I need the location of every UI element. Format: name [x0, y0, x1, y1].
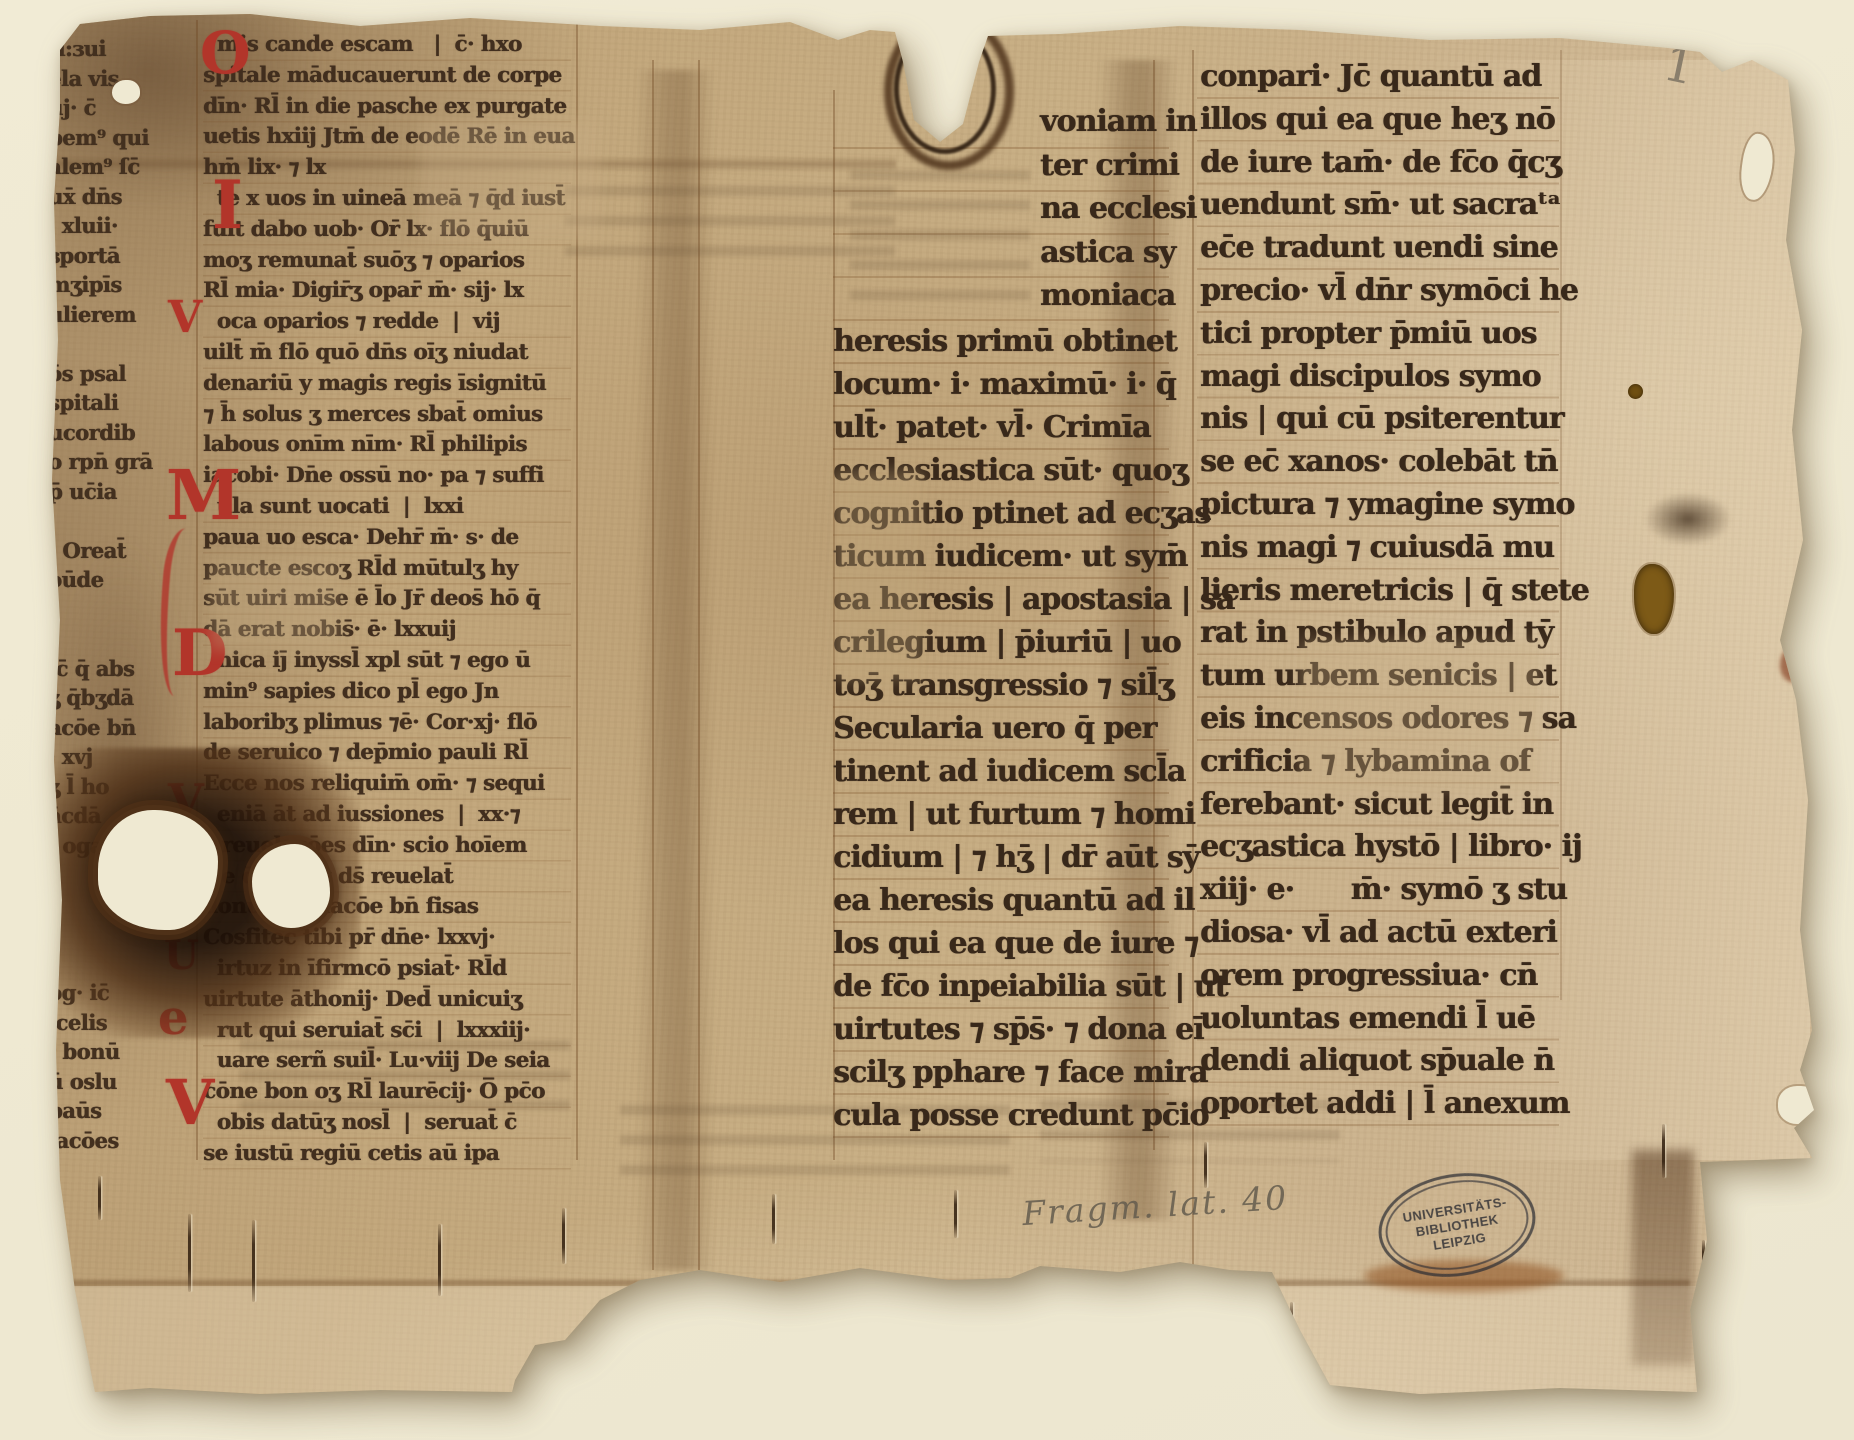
manuscript-text-line: Ji:ɜui: [48, 34, 153, 64]
stain-right-edge: [1780, 648, 1804, 682]
manuscript-text-line: labous onīm nīm· Rl̄ philipis: [203, 430, 575, 461]
manuscript-text-line: nis magi ⁊ cuiusdā mu: [1200, 527, 1589, 570]
manuscript-text-line: cōne bon oʒ Rl̄ laurēcij· O̅ pc̄o: [203, 1077, 575, 1108]
manuscript-text-line: se iustū regiū cetis aū ipa: [203, 1139, 575, 1170]
manuscript-text-line: · xvj: [48, 742, 153, 772]
manuscript-text-line: heresis primū obtinet: [833, 320, 1234, 363]
manuscript-text-line: uirtutes ⁊ sp̄s̄· ⁊ dona eī: [833, 1008, 1234, 1051]
manuscript-text-line: lacōes: [48, 1126, 153, 1156]
manuscript-column-middle-intro: voniam inter crimina ecclesiastica symon…: [1040, 100, 1196, 318]
stain-bottom-right-flap: [1632, 1150, 1694, 1365]
manuscript-text-line: mis cande escam | c̄· hxo: [203, 30, 575, 61]
library-stamp: UNIVERSITÄTS- BIBLIOTHEK LEIPZIG: [1371, 1162, 1543, 1287]
manuscript-text-line: tinent ad iudicem scl̄a: [833, 750, 1234, 793]
manuscript-text-line: i bonū: [48, 1037, 153, 1067]
rubric-initial: V: [166, 1072, 214, 1134]
manuscript-text-line: eniā āt ad iussiones | xx·⁊: [203, 800, 575, 831]
manuscript-text-line: nis | qui cū psiterentur: [1200, 398, 1589, 441]
manuscript-text-line: mʒipīs: [48, 270, 153, 300]
manuscript-text-line: baūs: [48, 1096, 153, 1126]
manuscript-text-line: oca oparios ⁊ redde | vij: [203, 307, 575, 338]
manuscript-text-line: ec̄e tradunt uendi sine: [1200, 227, 1589, 270]
manuscript-text-line: moniaca: [1040, 274, 1196, 318]
manuscript-text-line: spitale māducauerunt de corpe: [203, 61, 575, 92]
edge-nick: [1778, 1086, 1820, 1124]
manuscript-text-line: ʒ reuelacōes dīn· scio hoīem: [203, 831, 575, 862]
pencil-shelfmark: Fragm. lat. 40: [1021, 1178, 1289, 1233]
manuscript-text-line: uirtute āthonij· Ded̄ unicuiʒ: [203, 985, 575, 1016]
manuscript-text-line: icelis: [48, 1008, 153, 1038]
manuscript-text-line: ʒ l̄ ho: [48, 772, 153, 802]
manuscript-text-line: ū oslu: [48, 1067, 153, 1097]
tear-slit: [954, 1190, 957, 1238]
manuscript-text-line: min⁹ sapies dico pl̄ ego Jn: [203, 677, 575, 708]
manuscript-text-line: iacobi· Dn̄e ossū no· pa ⁊ suffi: [203, 461, 575, 492]
faded-ink-patch: [210, 560, 340, 650]
manuscript-text-line: rut qui seruiat̄ sc̄i | lxxxiij·: [203, 1016, 575, 1047]
manuscript-text-line: laboribʒ plimus ⁊ē· Cor·xj· flō: [203, 708, 575, 739]
manuscript-text-line: na ecclesi: [1040, 187, 1196, 231]
manuscript-text-line: alem⁹ ſc̄: [48, 152, 153, 182]
manuscript-text-line: locum· i· maximū· i· q̄: [833, 363, 1234, 406]
manuscript-text-line: ʒ q̄bʒdā: [48, 683, 153, 713]
edge-nick: [1738, 132, 1777, 202]
rubric-initial: O: [200, 24, 251, 82]
manuscript-text-line: illos qui ea que heʒ nō: [1200, 99, 1589, 142]
manuscript-text-line: spitali: [48, 388, 153, 418]
tear-slit: [562, 1208, 565, 1264]
burn-hole: [98, 810, 218, 930]
manuscript-column-left-strip: Ji:ɜuiela visuj· c̄bem⁹ quialem⁹ ſc̄ux̄ …: [48, 34, 153, 1155]
ink-smudge-right-margin: [1644, 492, 1732, 546]
manuscript-text-line: uare serñ suil̄· Lu·viij De seia: [203, 1046, 575, 1077]
bottom-margin-fold: [60, 1286, 1700, 1398]
manuscript-text-line: ux̄ dn̄s: [48, 182, 153, 212]
tear-slit: [1662, 1124, 1665, 1178]
ruling-line-vertical: [196, 20, 198, 1160]
manuscript-text-line: ⁊ h̄ solus ʒ merces sbat̄ omius: [203, 400, 575, 431]
manuscript-text-line: ea heresis quantū ad il: [833, 879, 1234, 922]
faded-ink-patch: [833, 470, 923, 680]
manuscript-text-line: cidium | ⁊ hʒ̄ | dr̄ aūt sȳ: [833, 836, 1234, 879]
manuscript-text-line: ter crimi: [1040, 144, 1196, 188]
manuscript-text-line: oportet addi | l̄ anexum: [1200, 1083, 1589, 1126]
rubric-initial: U: [164, 936, 199, 976]
manuscript-text-line: de seruico ⁊ dep̄mio pauli Rl̄: [203, 738, 575, 769]
manuscript-text-line: nica ij̄ inyssl̄ xpl sūt ⁊ ego ū: [203, 646, 575, 677]
manuscript-text-line: astica sy: [1040, 231, 1196, 275]
manuscript-text-line: [48, 624, 153, 654]
manuscript-text-line: dendi aliquot sp̄uale n̄: [1200, 1040, 1589, 1083]
manuscript-text-line: paua uo esca· Dehr̄ m̄· s· de: [203, 523, 575, 554]
manuscript-text-line: lieris meretricis | q̄ stete: [1200, 570, 1589, 613]
show-through-text: [565, 186, 895, 268]
manuscript-column-right: conpari· Jc̄ quantū adillos qui ea que h…: [1200, 56, 1589, 1126]
fold-line-bottom: [60, 1280, 1690, 1286]
manuscript-photo: Ji:ɜuiela visuj· c̄bem⁹ quialem⁹ ſc̄ux̄ …: [0, 0, 1854, 1440]
manuscript-text-line: oūde: [48, 565, 153, 595]
manuscript-text-line: los qui ea que de iure ⁊: [833, 922, 1234, 965]
manuscript-text-line: o rpn̄ grā: [48, 447, 153, 477]
manuscript-text-line: conpari· Jc̄ quantū ad: [1200, 56, 1589, 99]
parchment-shadow: Ji:ɜuiela visuj· c̄bem⁹ quialem⁹ ſc̄ux̄ …: [0, 0, 1854, 1440]
manuscript-text-line: diosa· vl̄ ad actū exteri: [1200, 912, 1589, 955]
manuscript-text-line: ōs psal: [48, 359, 153, 389]
parchment-fragment: Ji:ɜuiela visuj· c̄bem⁹ quialem⁹ ſc̄ux̄ …: [0, 0, 1854, 1440]
manuscript-text-line: scilʒ pphare ⁊ face mira: [833, 1051, 1234, 1094]
manuscript-text-line: de fc̄o inpeiabilia sūt | ut: [833, 965, 1234, 1008]
manuscript-text-line: orem progressiua· cn̄: [1200, 955, 1589, 998]
tear-slit: [438, 1224, 441, 1296]
manuscript-text-line: voniam in: [1040, 100, 1196, 144]
manuscript-text-line: uendunt sm̄· ut sacraᵗᵃ: [1200, 184, 1589, 227]
faded-ink-patch: [1300, 640, 1540, 790]
manuscript-text-line: Secularia uero q̄ per: [833, 707, 1234, 750]
faded-ink-patch: [420, 120, 600, 240]
manuscript-text-line: de iure tam̄· de fc̄o q̄cʒ: [1200, 142, 1589, 185]
manuscript-text-line: dīn· Rl̄ in die pasche ex purgate: [203, 92, 575, 123]
worm-hole: [112, 80, 140, 104]
manuscript-text-line: magi discipulos symo: [1200, 356, 1589, 399]
manuscript-text-line: bem⁹ qui: [48, 123, 153, 153]
manuscript-text-line: xiij· e· m̄· symō ʒ stu: [1200, 869, 1589, 912]
manuscript-text-line: [48, 329, 153, 359]
manuscript-text-line: precio· vl̄ dn̄r symōci he: [1200, 270, 1589, 313]
manuscript-text-line: cula posse credunt pc̄io: [833, 1094, 1234, 1137]
manuscript-text-line: rem | ut furtum ⁊ homi: [833, 793, 1234, 836]
manuscript-text-line: · xluii·: [48, 211, 153, 241]
manuscript-text-line: Rl̄ mia· Digir̄ʒ opar̄ m̄· sij· lx: [203, 276, 575, 307]
manuscript-text-line: ecʒastica hystō | libro· ij: [1200, 826, 1589, 869]
worm-hole: [1628, 384, 1643, 399]
manuscript-text-line: ic̄ q̄ abs: [48, 654, 153, 684]
manuscript-text-line: uilt̄ m̄ flō quō dn̄s oīʒ niudat: [203, 338, 575, 369]
rubric-initial: I: [212, 172, 243, 238]
manuscript-text-line: [48, 506, 153, 536]
pencil-folio-number: 1: [1659, 35, 1701, 96]
manuscript-text-line: pictura ⁊ ymagine symo: [1200, 484, 1589, 527]
tear-slit: [188, 1214, 191, 1292]
manuscript-text-line: [48, 595, 153, 625]
manuscript-text-line: se ec̄ xanos· colebāt tn̄: [1200, 441, 1589, 484]
manuscript-text-line: og· ic̄: [48, 978, 153, 1008]
tear-slit: [772, 1194, 775, 1244]
rubric-initial: M: [166, 462, 241, 530]
manuscript-text-line: moʒ remunat̄ suōʒ ⁊ oparios: [203, 246, 575, 277]
manuscript-text-line: irtuz in īfirmcō psiat̄· Rl̄d: [203, 954, 575, 985]
worm-hole: [1634, 564, 1674, 634]
manuscript-text-line: uoluntas emendi l̄ uē: [1200, 998, 1589, 1041]
manuscript-text-line: ucordib: [48, 418, 153, 448]
rubric-initial: V: [168, 296, 202, 340]
manuscript-text-line: ulierem: [48, 300, 153, 330]
manuscript-text-line: Ecce nos reliquim̄ om̄· ⁊ sequi: [203, 769, 575, 800]
manuscript-text-line: acōe bn̄: [48, 713, 153, 743]
manuscript-text-line: p̄ uc̄ia: [48, 477, 153, 507]
manuscript-column-middle: heresis primū obtinetlocum· i· maximū· i…: [833, 320, 1234, 1137]
tear-slit: [1204, 1142, 1207, 1188]
burn-hole: [252, 844, 330, 928]
tear-slit: [98, 1176, 101, 1220]
manuscript-text-line: Cosfitec tibi pr̄ dn̄e· lxxvj·: [203, 923, 575, 954]
manuscript-text-line: [48, 949, 153, 979]
rubric-initial: e: [158, 994, 189, 1042]
manuscript-text-line: tici propter p̄miū uos: [1200, 313, 1589, 356]
manuscript-text-line: i Oreat̄: [48, 536, 153, 566]
show-through-text: [850, 170, 1030, 300]
manuscript-text-line: obis datūʒ nosl̄ | seruat̄ c̄: [203, 1108, 575, 1139]
tear-slit: [1290, 1302, 1293, 1360]
burn-notch-rim: [894, 24, 996, 154]
manuscript-text-line: ult̄· patet· vl̄· Crimīa: [833, 406, 1234, 449]
tear-slit: [252, 1220, 255, 1302]
tear-slit: [1702, 1240, 1705, 1278]
manuscript-text-line: ula sunt uocati | lxxi: [203, 492, 575, 523]
manuscript-text-line: denariū y magis regis īsignitū: [203, 369, 575, 400]
manuscript-text-line: ɜportā: [48, 241, 153, 271]
